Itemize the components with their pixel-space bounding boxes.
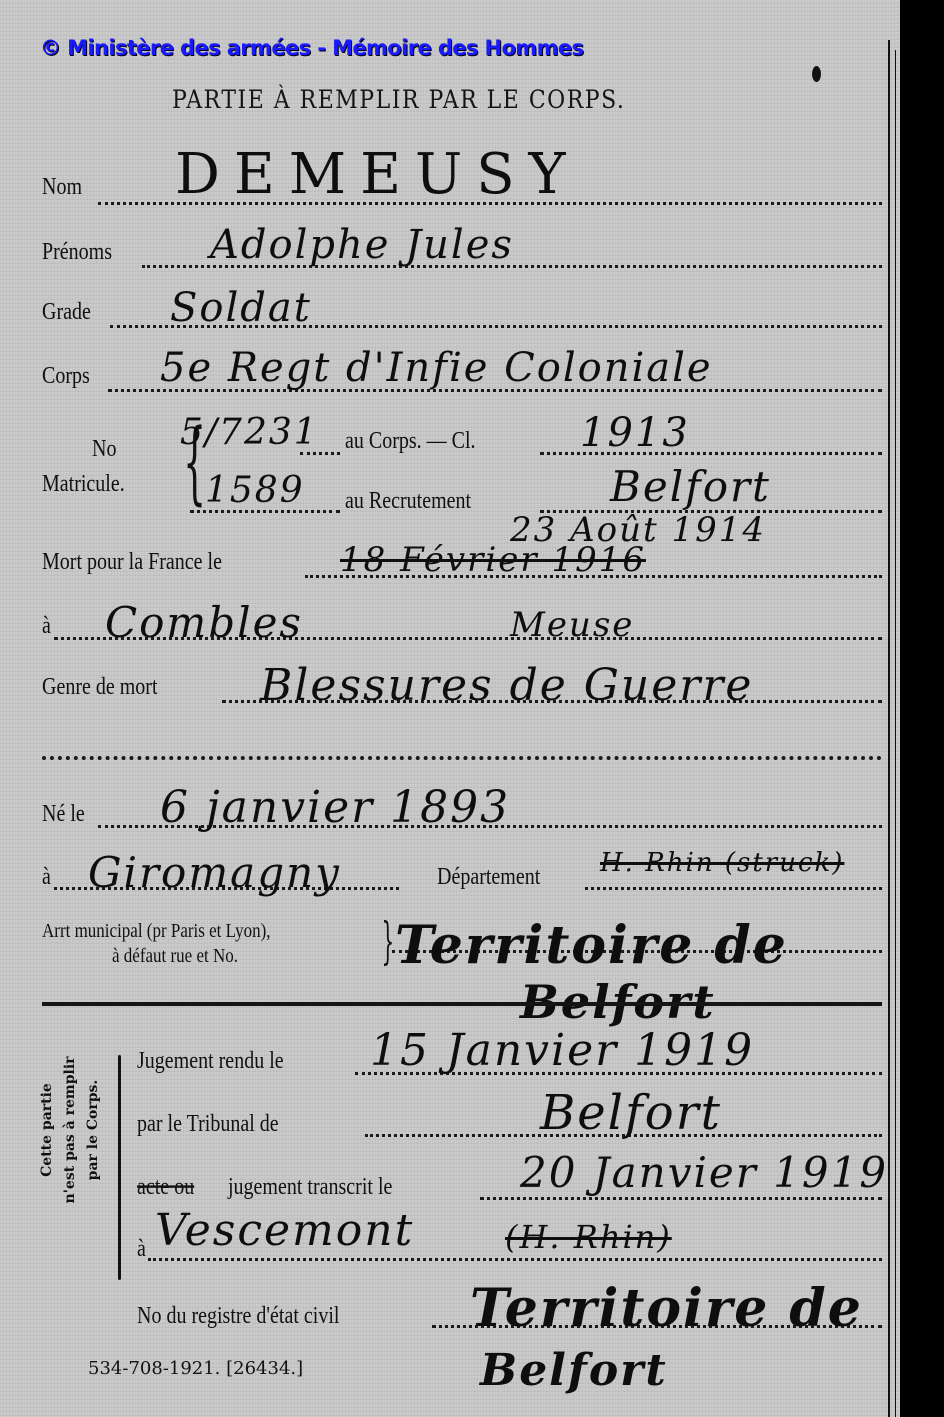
print-reference: 534-708-1921. [26434.]	[88, 1358, 303, 1379]
transcrit-label: jugement transcrit le	[228, 1173, 392, 1201]
departement-struck-value: H. Rhin (struck)	[600, 848, 844, 878]
registre-label: No du registre d'état civil	[137, 1302, 339, 1330]
corps-label: Corps	[42, 362, 90, 390]
nom-label: Nom	[42, 173, 82, 201]
jugement-lieu-struck-value: (H. Rhin)	[505, 1218, 672, 1256]
dotted-line	[480, 1197, 882, 1200]
prenoms-value: Adolphe Jules	[210, 222, 514, 268]
au-corps-label: au Corps. — Cl.	[345, 427, 476, 455]
naissance-value: 6 janvier 1893	[160, 782, 510, 833]
departement-label: Département	[437, 863, 540, 891]
arrondissement-label-1: Arrt municipal (pr Paris et Lyon),	[42, 919, 271, 943]
registre-value-1: Territoire de	[470, 1278, 863, 1339]
lieu-mort-value: Combles	[105, 598, 303, 647]
sidebar-note: Cette partie n'est pas à remplir par le …	[36, 1010, 105, 1250]
brace: }	[382, 916, 395, 966]
prenoms-label: Prénoms	[42, 238, 112, 266]
bracket	[118, 1055, 121, 1280]
matricule-recrutement-value: 1589	[205, 470, 305, 511]
arrondissement-label-2: à défaut rue et No.	[112, 944, 238, 968]
tribunal-value: Belfort	[540, 1085, 722, 1141]
jugement-rendu-value: 15 Janvier 1919	[370, 1025, 754, 1076]
sidebar-note-line: Cette partie	[36, 1010, 59, 1250]
naissance-label: Né le	[42, 800, 85, 828]
matricule-corps-value: 5/7231	[180, 412, 319, 453]
au-recrutement-label: au Recrutement	[345, 487, 471, 515]
corps-value: 5e Regt d'Infie Coloniale	[160, 345, 713, 391]
grade-value: Soldat	[170, 285, 312, 331]
grade-label: Grade	[42, 298, 91, 326]
border-rule	[895, 50, 896, 1417]
dotted-line	[300, 452, 340, 455]
mort-value: 23 Août 1914	[510, 510, 766, 550]
lieu-mort-departement: Meuse	[510, 605, 634, 645]
recrutement-place-value: Belfort	[610, 462, 771, 511]
jugement-lieu-value: Vescemont	[155, 1205, 414, 1256]
sidebar-note-line: par le Corps.	[82, 1010, 105, 1250]
matricule-no-label: No	[92, 435, 116, 463]
lieu-naissance-label: à	[42, 863, 51, 891]
tribunal-label: par le Tribunal de	[137, 1110, 279, 1138]
jugement-lieu-label: à	[137, 1235, 146, 1263]
lieu-naissance-value: Giromagny	[88, 848, 341, 897]
sidebar-note-line: n'est pas à remplir	[59, 1010, 82, 1250]
copyright-watermark: © Ministère des armées - Mémoire des Hom…	[40, 36, 583, 60]
dotted-line	[148, 1258, 882, 1261]
genre-mort-value: Blessures de Guerre	[260, 660, 753, 711]
transcrit-value: 20 Janvier 1919	[520, 1148, 888, 1197]
matricule-label: Matricule.	[42, 470, 125, 498]
mort-label: Mort pour la France le	[42, 548, 222, 576]
jugement-rendu-label: Jugement rendu le	[137, 1047, 284, 1075]
form-heading: PARTIE À REMPLIR PAR LE CORPS.	[172, 86, 625, 115]
section-divider	[42, 1002, 882, 1006]
acte-ou-struck-label: acte ou	[137, 1173, 194, 1201]
registre-value-2: Belfort	[480, 1345, 668, 1396]
ink-blot	[812, 66, 821, 82]
arrondissement-value-1: Territoire de	[395, 915, 788, 976]
classe-value: 1913	[580, 410, 690, 456]
dotted-line	[190, 510, 340, 513]
lieu-mort-label: à	[42, 612, 51, 640]
dotted-line	[585, 887, 882, 890]
document-page: © Ministère des armées - Mémoire des Hom…	[0, 0, 900, 1417]
nom-value: DEMEUSY	[175, 142, 580, 207]
border-rule	[888, 40, 890, 1417]
genre-mort-label: Genre de mort	[42, 673, 158, 701]
section-divider	[42, 756, 882, 760]
